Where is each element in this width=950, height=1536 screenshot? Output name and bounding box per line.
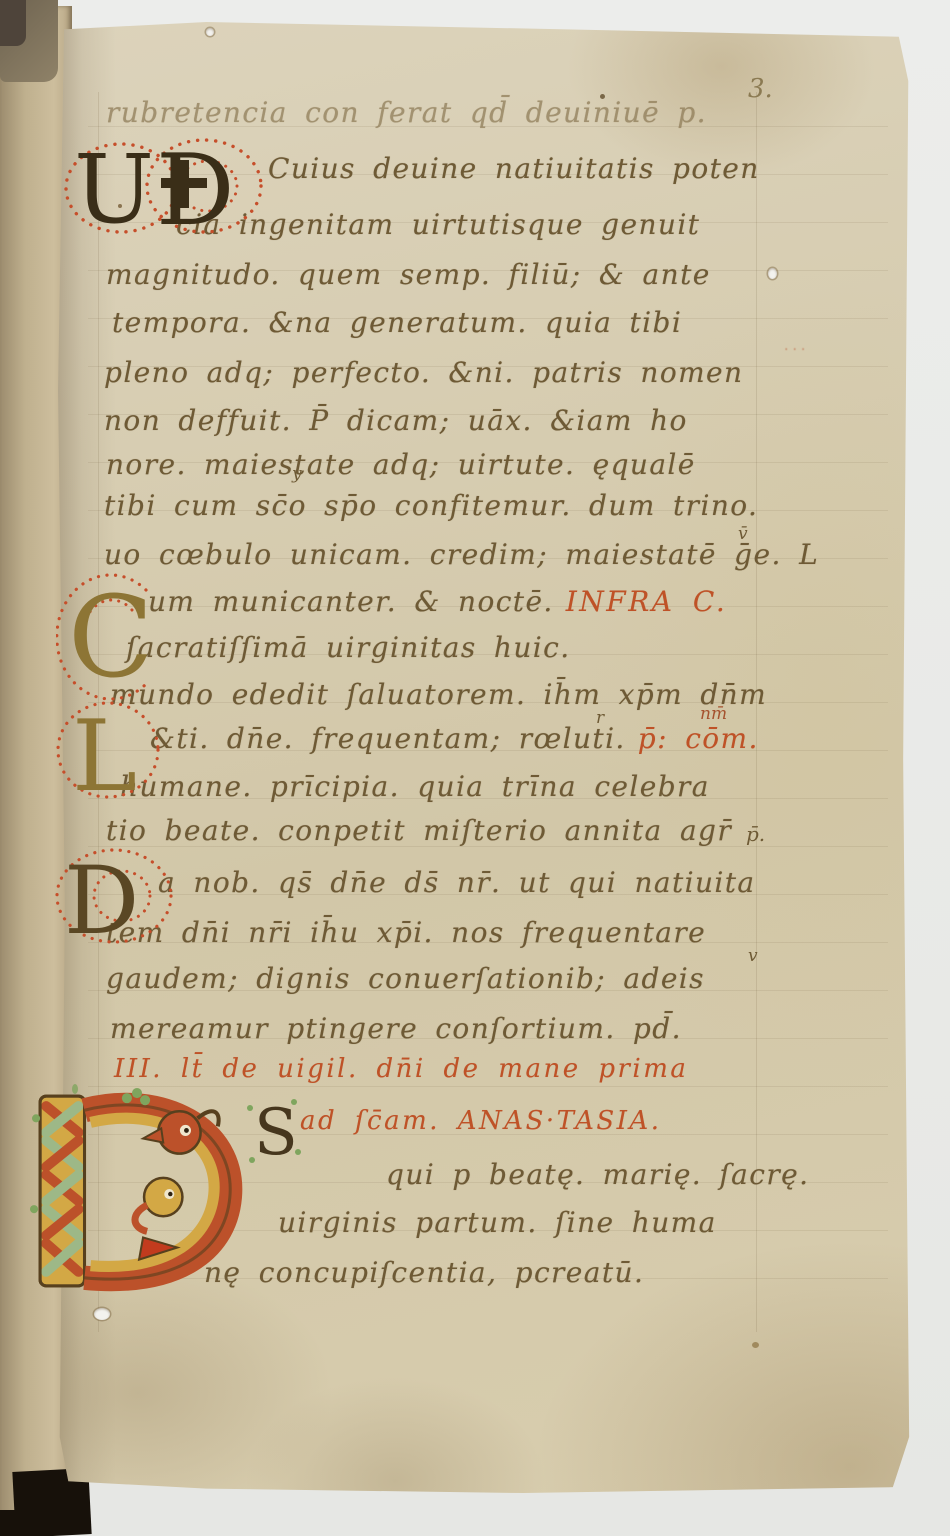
line-text: nore. maiestate adq; uirtute. ęqualē xyxy=(106,448,696,481)
line-text: III. lt̄ de uigil. dn̄i de mane prima xyxy=(114,1054,688,1084)
initial-c: C xyxy=(56,570,154,708)
line-text: nę concupiſcentia, pcreatū. xyxy=(204,1256,644,1289)
line-text: ad ſc̄am. ANAS·TASIA. xyxy=(300,1106,661,1136)
superscript-v: v xyxy=(748,946,758,966)
manuscript-photo: 3. ··· y v̄ r nm̄ p̄. v rubretencia con … xyxy=(0,0,950,1536)
manuscript-line: non deffuit. P̄ dicam; uāx. &iam ho xyxy=(104,404,688,437)
line-text: mundo ededit ſaluatorem. ih̄m xp̄m dn̄m xyxy=(110,678,767,711)
manuscript-line: nę concupiſcentia, pcreatū. xyxy=(204,1256,644,1289)
parchment-hole xyxy=(768,268,777,279)
initial-vd-monogram: U D xyxy=(58,136,270,244)
margin-red-marks: ··· xyxy=(784,342,809,358)
line-text: mereamur ptingere conſortium. pd̄. xyxy=(110,1012,682,1045)
manuscript-line: rubretencia con ferat qd̄ deuiniuē p. xyxy=(106,96,707,129)
initial-d: D xyxy=(52,846,184,950)
manuscript-line: ſacratiſſimā uirginitas huic. xyxy=(126,631,571,664)
s-letter: S xyxy=(254,1096,298,1168)
rubric-infra: INFRA C. xyxy=(566,585,728,618)
line-text: non deffuit. P̄ dicam; uāx. &iam ho xyxy=(104,404,688,437)
line-text: uo cœbulo unicam. credim; maiestatē ḡe. … xyxy=(104,538,819,571)
margin-note-p: p̄. xyxy=(746,822,765,846)
rubric-per-com: p̄: cōm. xyxy=(638,722,759,755)
line-text: qui p beatę. marię. ſacrę. xyxy=(386,1158,809,1191)
manuscript-line: qui p beatę. marię. ſacrę. xyxy=(386,1158,809,1191)
line-text: tem dn̄i nr̄i ih̄u xp̄i. nos frequentare xyxy=(106,916,706,949)
rubric-line: ad ſc̄am. ANAS·TASIA. xyxy=(300,1106,661,1136)
spine-fragment-dark xyxy=(0,0,26,46)
manuscript-line: magnitudo. quem semp. filiū; & ante xyxy=(106,258,711,291)
manuscript-line: tem dn̄i nr̄i ih̄u xp̄i. nos frequentare xyxy=(106,916,706,949)
binding-tab-small xyxy=(0,1510,30,1536)
rubric-line: III. lt̄ de uigil. dn̄i de mane prima xyxy=(114,1054,688,1084)
manuscript-line: mereamur ptingere conſortium. pd̄. xyxy=(110,1012,682,1045)
l-letter: L xyxy=(72,700,137,802)
parchment-hole xyxy=(94,1308,110,1320)
d-letter: D xyxy=(64,847,139,946)
line-text: um municanter. & noctē. xyxy=(148,585,554,618)
beast-head-yellow xyxy=(135,1178,182,1232)
zoomorphic-initial-d xyxy=(30,1088,244,1299)
manuscript-line: tibi cum sc̄o sp̄o confitemur. dum trino… xyxy=(104,489,758,522)
line-text: rubretencia con ferat qd̄ deuiniuē p. xyxy=(106,96,707,129)
c-letter: C xyxy=(68,573,154,703)
line-text: gaudem; dignis conuerſationib; adeis xyxy=(106,962,705,995)
initial-s: S xyxy=(242,1094,306,1172)
manuscript-line: uirginis partum. ſine huma xyxy=(278,1206,717,1239)
manuscript-line: Cuius deuine natiuitatis poten xyxy=(268,152,760,185)
manuscript-line: a nob. qs̄ dn̄e ds̄ nr̄. ut qui natiuita xyxy=(158,866,756,899)
initial-l: L xyxy=(54,700,186,806)
manuscript-line: humane. prīcipia. quia trīna celebra xyxy=(120,770,710,803)
parchment-hole xyxy=(206,28,214,36)
manuscript-line: um municanter. & noctē.INFRA C. xyxy=(148,585,727,618)
line-text: tio beate. conpetit miſterio annita agr̄ xyxy=(106,814,732,847)
stain-speck xyxy=(752,1342,759,1348)
manuscript-line: &ti. dn̄e. frequentam; rœluti.p̄: cōm. xyxy=(150,722,759,755)
manuscript-line: uo cœbulo unicam. credim; maiestatē ḡe. … xyxy=(104,538,819,571)
manuscript-line: gaudem; dignis conuerſationib; adeis xyxy=(106,962,705,995)
vd-letter-u: U xyxy=(74,136,154,240)
folio-number: 3. xyxy=(748,74,773,104)
line-text: Cuius deuine natiuitatis poten xyxy=(268,152,760,185)
manuscript-line: mundo ededit ſaluatorem. ih̄m xp̄m dn̄m xyxy=(110,678,767,711)
line-text: &ti. dn̄e. frequentam; rœluti. xyxy=(150,722,626,755)
manuscript-line: tio beate. conpetit miſterio annita agr̄ xyxy=(106,814,732,847)
line-text: humane. prīcipia. quia trīna celebra xyxy=(120,770,710,803)
line-text: tibi cum sc̄o sp̄o confitemur. dum trino… xyxy=(104,489,758,522)
manuscript-line: pleno adq; perfecto. &ni. patris nomen xyxy=(104,356,743,389)
line-text: a nob. qs̄ dn̄e ds̄ nr̄. ut qui natiuita xyxy=(158,866,756,899)
manuscript-line: tempora. &na generatum. quia tibi xyxy=(112,306,682,339)
line-text: tempora. &na generatum. quia tibi xyxy=(112,306,682,339)
line-text: ſacratiſſimā uirginitas huic. xyxy=(126,631,571,664)
line-text: pleno adq; perfecto. &ni. patris nomen xyxy=(104,356,743,389)
line-text: uirginis partum. ſine huma xyxy=(278,1206,717,1239)
manuscript-line: nore. maiestate adq; uirtute. ęqualē xyxy=(106,448,696,481)
vertical-ruling-right xyxy=(756,92,757,1332)
line-text: magnitudo. quem semp. filiū; & ante xyxy=(106,258,711,291)
